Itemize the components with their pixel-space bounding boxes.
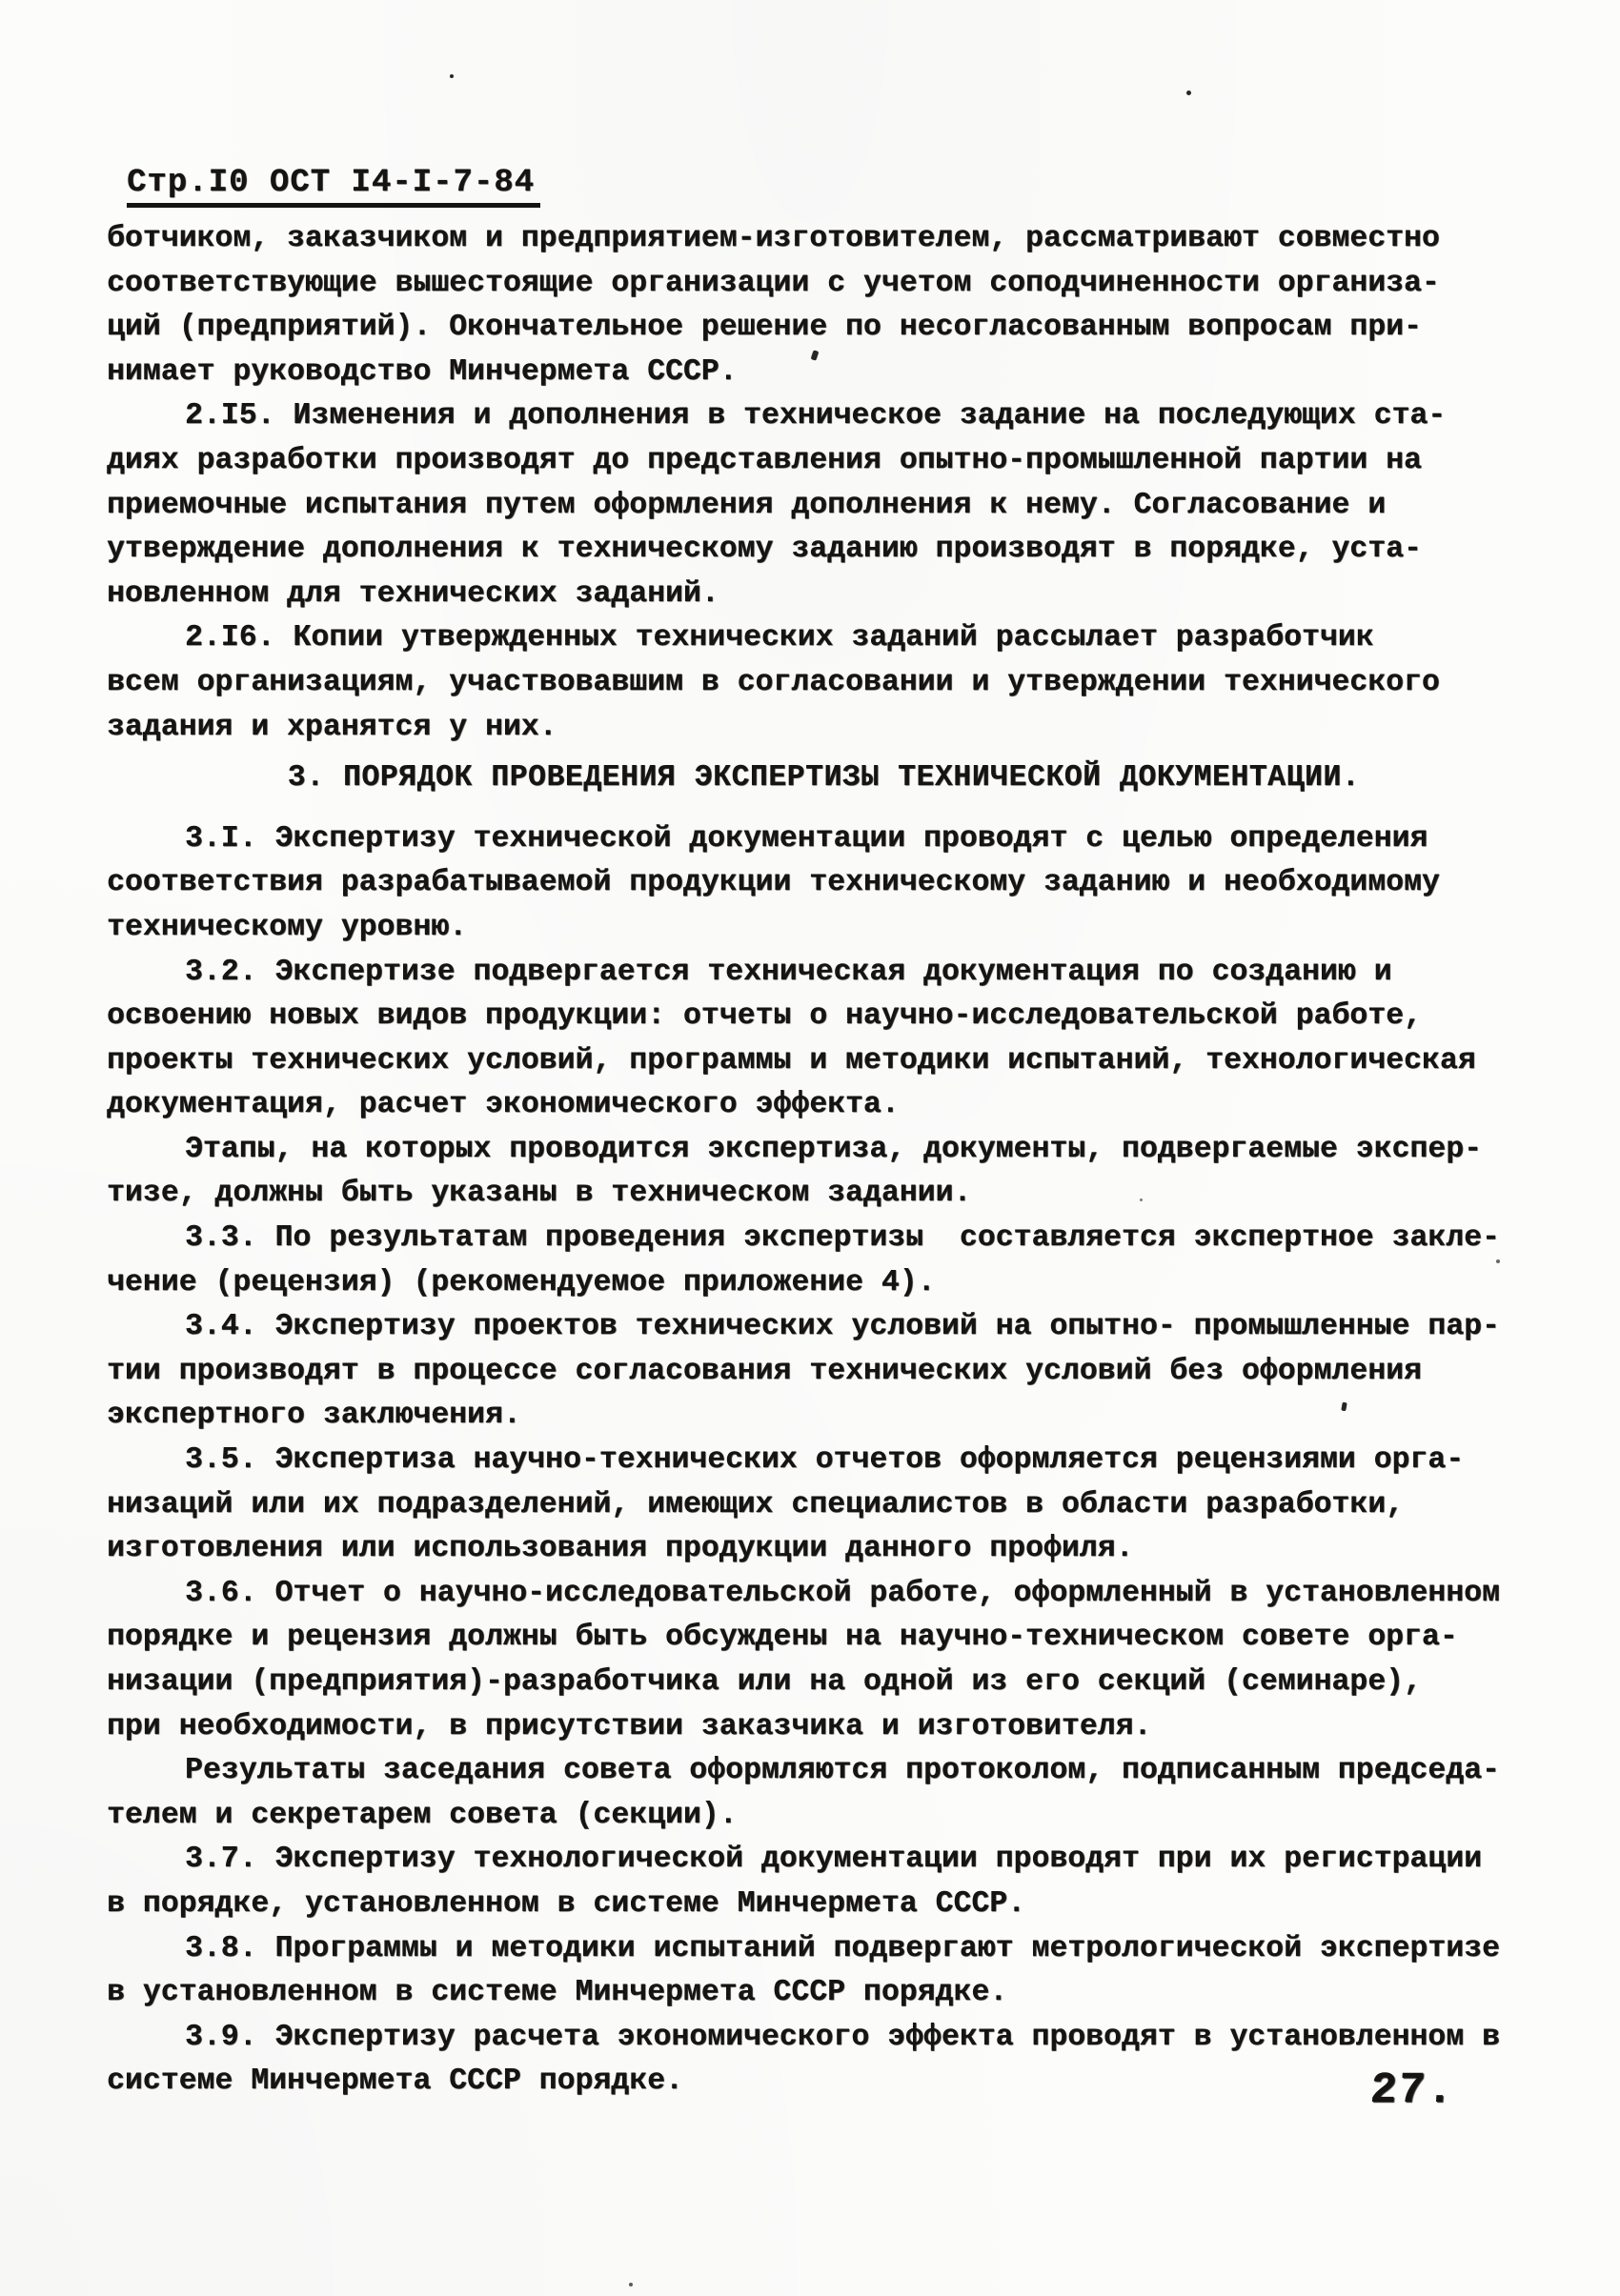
- paragraph: 2.I5. Изменения и дополнения в техническ…: [107, 394, 1541, 616]
- text-line: 2.I5. Изменения и дополнения в техническ…: [107, 394, 1541, 439]
- text-line: 3.9. Экспертизу расчета экономического э…: [107, 2016, 1541, 2061]
- page-header: Стр.I0 ОСТ I4-I-7-84: [127, 164, 540, 208]
- text-line: Этапы, на которых проводится экспертиза,…: [107, 1128, 1541, 1173]
- text-line: в порядке, установленном в системе Минче…: [107, 1883, 1541, 1927]
- page-number: 27.: [1368, 2065, 1456, 2115]
- text-line: низаций или их подразделений, имеющих сп…: [107, 1483, 1541, 1528]
- text-line: 3.I. Экспертизу технической документации…: [107, 817, 1541, 862]
- scan-speck: [1186, 91, 1191, 95]
- paragraph: 3.3. По результатам проведения экспертиз…: [107, 1217, 1541, 1305]
- text-line: Результаты заседания совета оформляются …: [107, 1749, 1541, 1794]
- text-line: техническому уровню.: [107, 906, 1541, 951]
- text-line: документация, расчет экономического эффе…: [107, 1083, 1541, 1128]
- text-line: при необходимости, в присутствии заказчи…: [107, 1705, 1541, 1750]
- text-line: изготовления или использования продукции…: [107, 1527, 1541, 1572]
- scanned-document-page: Стр.I0 ОСТ I4-I-7-84 ботчиком, заказчико…: [0, 0, 1620, 2296]
- text-line: тизе, должны быть указаны в техническом …: [107, 1172, 1541, 1217]
- text-line: новленном для технических заданий.: [107, 573, 1541, 617]
- text-line: экспертного заключения.: [107, 1394, 1541, 1439]
- text-line: соответствия разрабатываемой продукции т…: [107, 861, 1541, 906]
- paragraph: 3.9. Экспертизу расчета экономического э…: [107, 2016, 1541, 2105]
- paragraph: 3.8. Программы и методики испытаний подв…: [107, 1927, 1541, 2016]
- text-line: освоению новых видов продукции: отчеты о…: [107, 995, 1541, 1039]
- paragraph: ботчиком, заказчиком и предприятием-изго…: [107, 217, 1541, 394]
- text-line: порядке и рецензия должны быть обсуждены…: [107, 1616, 1541, 1661]
- text-line: 3.5. Экспертиза научно-технических отчет…: [107, 1439, 1541, 1483]
- text-line: утверждение дополнения к техническому за…: [107, 528, 1541, 573]
- text-line: тии производят в процессе согласования т…: [107, 1350, 1541, 1395]
- text-line: чение (рецензия) (рекомендуемое приложен…: [107, 1261, 1541, 1306]
- heading-line: 3. ПОРЯДОК ПРОВЕДЕНИЯ ЭКСПЕРТИЗЫ ТЕХНИЧЕ…: [107, 756, 1541, 801]
- text-line: системе Минчермета СССР порядке.: [107, 2060, 1541, 2105]
- text-line: телем и секретарем совета (секции).: [107, 1794, 1541, 1839]
- text-line: нимает руководство Минчермета СССР.: [107, 351, 1541, 395]
- text-line: в установленном в системе Минчермета ССС…: [107, 1971, 1541, 2016]
- section-heading: 3. ПОРЯДОК ПРОВЕДЕНИЯ ЭКСПЕРТИЗЫ ТЕХНИЧЕ…: [107, 756, 1541, 801]
- text-line: задания и хранятся у них.: [107, 706, 1541, 751]
- text-line: ботчиком, заказчиком и предприятием-изго…: [107, 217, 1541, 262]
- paragraph: 3.I. Экспертизу технической документации…: [107, 817, 1541, 951]
- text-line: приемочные испытания путем оформления до…: [107, 484, 1541, 529]
- text-line: ций (предприятий). Окончательное решение…: [107, 306, 1541, 351]
- scan-speck: [1496, 1259, 1500, 1263]
- text-line: всем организациям, участвовавшим в согла…: [107, 661, 1541, 706]
- text-line: 3.6. Отчет о научно-исследовательской ра…: [107, 1572, 1541, 1617]
- scan-speck: [1140, 1198, 1143, 1201]
- text-line: 3.4. Экспертизу проектов технических усл…: [107, 1305, 1541, 1350]
- paragraph: Результаты заседания совета оформляются …: [107, 1749, 1541, 1838]
- scan-speck: [629, 2283, 633, 2286]
- text-line: 3.7. Экспертизу технологической документ…: [107, 1838, 1541, 1883]
- paragraph: 3.2. Экспертизе подвергается техническая…: [107, 951, 1541, 1128]
- paragraph: 3.7. Экспертизу технологической документ…: [107, 1838, 1541, 1926]
- text-line: диях разработки производят до представле…: [107, 439, 1541, 484]
- paragraph: Этапы, на которых проводится экспертиза,…: [107, 1128, 1541, 1217]
- text-line: 3.3. По результатам проведения экспертиз…: [107, 1217, 1541, 1261]
- scan-speck: [450, 74, 454, 78]
- text-line: низации (предприятия)-разработчика или н…: [107, 1661, 1541, 1705]
- paragraph: 2.I6. Копии утвержденных технических зад…: [107, 616, 1541, 750]
- text-line: проекты технических условий, программы и…: [107, 1039, 1541, 1084]
- text-line: 3.2. Экспертизе подвергается техническая…: [107, 951, 1541, 996]
- text-line: 2.I6. Копии утвержденных технических зад…: [107, 616, 1541, 661]
- paragraph: 3.4. Экспертизу проектов технических усл…: [107, 1305, 1541, 1439]
- text-line: соответствующие вышестоящие организации …: [107, 262, 1541, 307]
- document-body: ботчиком, заказчиком и предприятием-изго…: [107, 217, 1541, 2105]
- text-line: 3.8. Программы и методики испытаний подв…: [107, 1927, 1541, 1972]
- paragraph: 3.6. Отчет о научно-исследовательской ра…: [107, 1572, 1541, 1749]
- paragraph: 3.5. Экспертиза научно-технических отчет…: [107, 1439, 1541, 1572]
